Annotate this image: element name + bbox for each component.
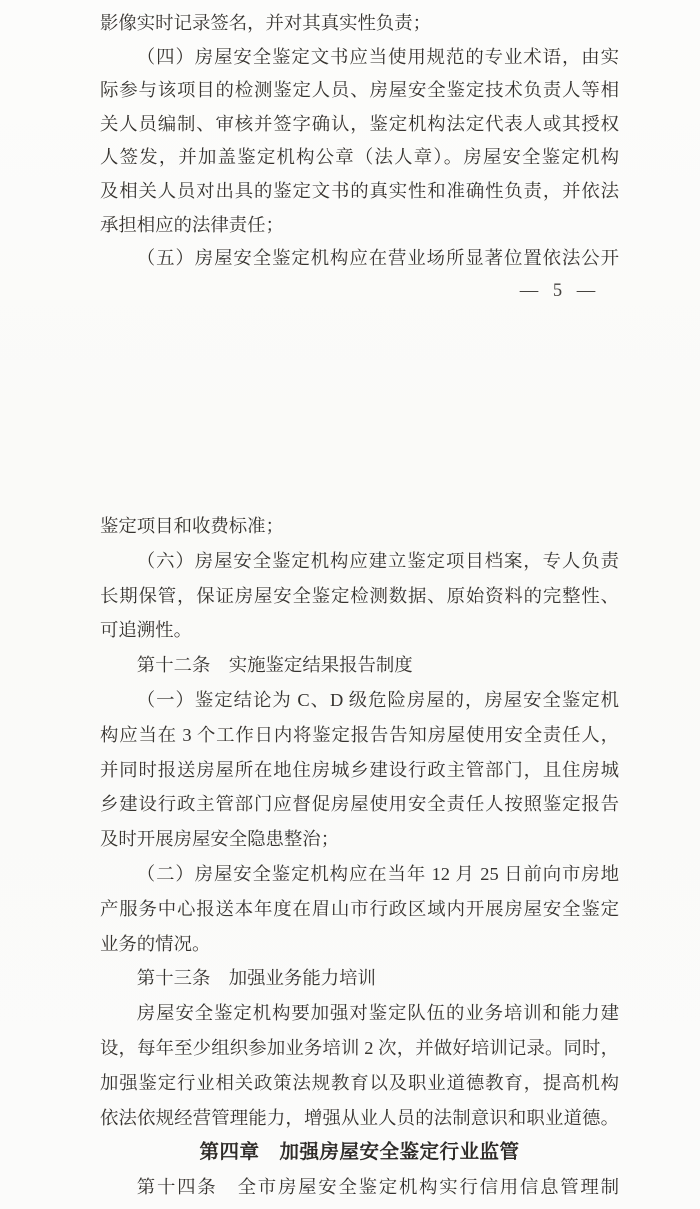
- article-14-heading: 第十四条 全市房屋安全鉴定机构实行信用信息管理制: [100, 1170, 619, 1205]
- text-line: 及时开展房屋安全隐患整治；: [100, 822, 619, 857]
- document-page-5: 影像实时记录签名，并对其真实性负责； （四）房屋安全鉴定文书应当使用规范的专业术…: [100, 7, 619, 276]
- document-page-6: 鉴定项目和收费标准； （六）房屋安全鉴定机构应建立鉴定项目档案，专人负责 长期保…: [100, 509, 619, 1205]
- article-12-heading: 第十二条 实施鉴定结果报告制度: [100, 648, 619, 683]
- clause-2-line: （二）房屋安全鉴定机构应在当年 12 月 25 日前向市房地: [100, 857, 619, 892]
- clause-1-line: （一）鉴定结论为 C、D 级危险房屋的，房屋安全鉴定机: [100, 683, 619, 718]
- text-line: 构应当在 3 个工作日内将鉴定报告告知房屋使用安全责任人，: [100, 718, 619, 753]
- page-number: — 5 —: [498, 281, 622, 302]
- article-13-heading: 第十三条 加强业务能力培训: [100, 961, 619, 996]
- text-line: 依法依规经营管理能力，增强从业人员的法制意识和职业道德。: [100, 1101, 619, 1136]
- text-line: 加强鉴定行业相关政策法规教育以及职业道德教育，提高机构: [100, 1066, 619, 1101]
- chapter-4-heading: 第四章 加强房屋安全鉴定行业监管: [100, 1135, 619, 1170]
- text-line: 际参与该项目的检测鉴定人员、房屋安全鉴定技术负责人等相: [100, 74, 619, 108]
- text-line: 承担相应的法律责任；: [100, 209, 619, 243]
- text-line: 影像实时记录签名，并对其真实性负责；: [100, 7, 619, 41]
- text-line: 可追溯性。: [100, 613, 619, 648]
- text-line: 关人员编制、审核并签字确认，鉴定机构法定代表人或其授权: [100, 108, 619, 142]
- text-line: 产服务中心报送本年度在眉山市行政区域内开展房屋安全鉴定: [100, 892, 619, 927]
- clause-4-line: （四）房屋安全鉴定文书应当使用规范的专业术语，由实: [100, 41, 619, 75]
- text-line: 业务的情况。: [100, 927, 619, 962]
- text-line: 乡建设行政主管部门应督促房屋使用安全责任人按照鉴定报告: [100, 787, 619, 822]
- text-line: 长期保管，保证房屋安全鉴定检测数据、原始资料的完整性、: [100, 579, 619, 614]
- text-line: 及相关人员对出具的鉴定文书的真实性和准确性负责，并依法: [100, 175, 619, 209]
- text-line: 并同时报送房屋所在地住房城乡建设行政主管部门，且住房城: [100, 753, 619, 788]
- text-line: 人签发，并加盖鉴定机构公章（法人章）。房屋安全鉴定机构: [100, 141, 619, 175]
- text-line: 鉴定项目和收费标准；: [100, 509, 619, 544]
- text-line: 房屋安全鉴定机构要加强对鉴定队伍的业务培训和能力建: [100, 996, 619, 1031]
- clause-5-line: （五）房屋安全鉴定机构应在营业场所显著位置依法公开: [100, 242, 619, 276]
- clause-6-line: （六）房屋安全鉴定机构应建立鉴定项目档案，专人负责: [100, 544, 619, 579]
- text-line: 设，每年至少组织参加业务培训 2 次，并做好培训记录。同时，: [100, 1031, 619, 1066]
